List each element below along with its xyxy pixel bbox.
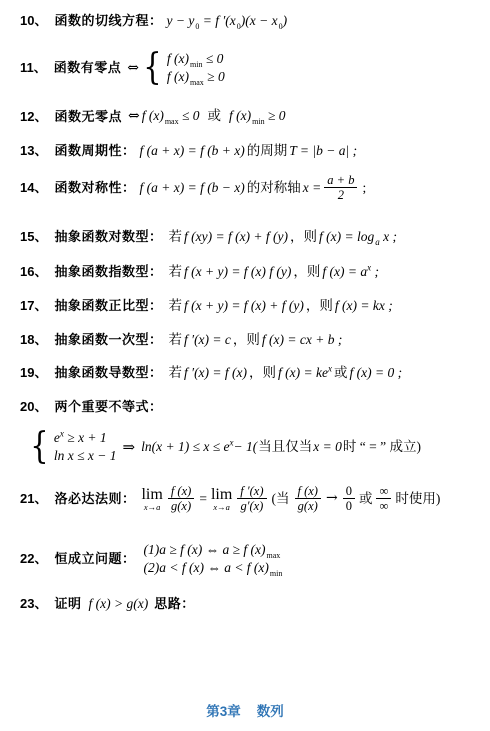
math-text: y − y bbox=[166, 13, 194, 28]
item-20-title: 两个重要不等式： bbox=[54, 399, 162, 415]
math-text: f (x) = ke bbox=[278, 365, 328, 380]
math-text: f (x) = log bbox=[319, 229, 374, 244]
math-text: (2)a < f (x) ⇔ a < f (x) bbox=[143, 560, 268, 575]
chapter-title: 数列 bbox=[257, 700, 284, 720]
cn-if: 若 bbox=[168, 365, 182, 381]
fraction-numerator: f (x) bbox=[295, 484, 321, 499]
case-row: (2)a < f (x) ⇔ a < f (x)min bbox=[143, 559, 282, 577]
item-12-number: 12、 bbox=[20, 109, 47, 125]
item-11-title: 函数有零点 bbox=[54, 60, 122, 76]
math-text: f (x) bbox=[167, 69, 189, 84]
math-text: f (x) bbox=[167, 51, 189, 66]
item-18-title: 抽象函数一次型： bbox=[54, 332, 162, 348]
cn-then: ，则 bbox=[306, 298, 333, 314]
math-text: = f ′(x bbox=[199, 13, 235, 28]
formula-sheet-page: 10、 函数的切线方程： y − y0 = f ′(x0)(x − x0) 11… bbox=[0, 0, 490, 731]
fraction: f ′(x)g′(x) bbox=[237, 484, 266, 514]
superscript: x bbox=[328, 364, 332, 374]
math-text: ≥ 0 bbox=[265, 108, 286, 123]
cn-then: ，则 bbox=[249, 365, 276, 381]
cn-if: 若 bbox=[168, 264, 182, 280]
chapter-number: 第3章 bbox=[206, 700, 241, 720]
math-text: f ′(x) = f (x) bbox=[184, 365, 247, 381]
math-text: ≤ 0 bbox=[202, 51, 223, 66]
cn-or: 或 bbox=[359, 491, 373, 507]
fraction: f (x)g(x) bbox=[168, 484, 194, 514]
cn-then: ，则 bbox=[233, 332, 260, 348]
math-text: f (x) bbox=[142, 108, 164, 123]
formula-item-19: 19、 抽象函数导数型： 若 f ′(x) = f (x) ，则 f (x) =… bbox=[20, 365, 402, 381]
math-text: f (x) = 0 ; bbox=[349, 365, 402, 381]
case-row: f (x)max ≥ 0 bbox=[167, 68, 225, 86]
math-text: ≤ 0 bbox=[179, 108, 200, 123]
item-10-formula: y − y0 = f ′(x0)(x − x0) bbox=[166, 13, 287, 29]
formula-item-15: 15、 抽象函数对数型： 若 f (xy) = f (x) + f (y) ，则… bbox=[20, 229, 397, 245]
semicolon: ; bbox=[362, 180, 366, 196]
item-15-title: 抽象函数对数型： bbox=[54, 229, 162, 245]
fraction: ∞∞ bbox=[376, 484, 391, 514]
formula-item-14: 14、 函数对称性： f (a + x) = f (b − x) 的对称轴 x … bbox=[20, 173, 368, 203]
case-row: ln x ≤ x − 1 bbox=[54, 447, 117, 465]
formula-item-23: 23、 证明 f (x) > g(x) 思路： bbox=[20, 596, 199, 612]
case-rows: ex ≥ x + 1 ln x ≤ x − 1 bbox=[54, 429, 117, 465]
item-12-title: 函数无零点 bbox=[54, 109, 122, 125]
item-16-title: 抽象函数指数型： bbox=[54, 264, 162, 280]
item-22-number: 22、 bbox=[20, 551, 47, 567]
cn-text: (当 bbox=[272, 491, 290, 507]
item-19-title: 抽象函数导数型： bbox=[54, 365, 162, 381]
math-text: f (x) bbox=[229, 108, 251, 123]
item-17-number: 17、 bbox=[20, 298, 47, 314]
item-16-number: 16、 bbox=[20, 264, 47, 280]
item-22-title: 恒成立问题： bbox=[54, 551, 135, 567]
math-text: f (x) = a bbox=[322, 264, 367, 279]
cn-text: 时使用) bbox=[395, 491, 440, 507]
formula-item-13: 13、 函数周期性： f (a + x) = f (b + x) 的周期 T =… bbox=[20, 143, 357, 159]
math-text: ; bbox=[371, 264, 379, 279]
lim-word: lim bbox=[141, 487, 162, 503]
subscript: max bbox=[190, 78, 204, 87]
item-19-number: 19、 bbox=[20, 365, 47, 381]
math-text: f (x) = kex bbox=[278, 365, 332, 381]
math-text: f (x) > g(x) bbox=[88, 596, 148, 612]
math-text: x = 0 bbox=[313, 439, 342, 455]
inequality-system: { ex ≥ x + 1 ln x ≤ x − 1 ⇒ ln(x + 1) ≤ … bbox=[28, 429, 422, 465]
item-17-title: 抽象函数正比型： bbox=[54, 298, 162, 314]
formula-item-20: 20、 两个重要不等式： bbox=[20, 399, 166, 415]
fraction-denominator: ∞ bbox=[376, 499, 391, 513]
cn-or: 或 bbox=[208, 108, 222, 124]
math-text: ln(x + 1) ≤ x ≤ e bbox=[141, 439, 229, 454]
cn-if: 若 bbox=[168, 229, 182, 245]
cn-text: 时 “ = ” 成立) bbox=[343, 439, 421, 455]
math-text: f (x + y) = f (x) f (y) bbox=[184, 264, 291, 280]
fraction-denominator: 0 bbox=[343, 499, 355, 513]
cn-or: 或 bbox=[334, 365, 348, 381]
formula-item-22: 22、 恒成立问题： (1)a ≥ f (x) ⇔ a ≥ f (x)max (… bbox=[20, 541, 282, 577]
fraction: a + b2 bbox=[324, 173, 357, 203]
left-brace: { bbox=[143, 52, 161, 84]
formula-item-17: 17、 抽象函数正比型： 若 f (x + y) = f (x) + f (y)… bbox=[20, 298, 393, 314]
case-rows: f (x)min ≤ 0 f (x)max ≥ 0 bbox=[167, 50, 225, 86]
iff-symbol: ⇔ bbox=[128, 108, 140, 125]
case-row: ex ≥ x + 1 bbox=[54, 429, 107, 447]
item-23-title-b: 思路： bbox=[154, 596, 195, 612]
cn-text: 的对称轴 bbox=[247, 180, 301, 196]
fraction-numerator: ∞ bbox=[376, 484, 391, 499]
item-20-number: 20、 bbox=[20, 399, 47, 415]
math-text: f (x) = cx + b ; bbox=[262, 332, 342, 348]
conclusion: ln(x + 1) ≤ x ≤ ex− 1( bbox=[141, 439, 257, 455]
case-row: (1)a ≥ f (x) ⇔ a ≥ f (x)max bbox=[143, 541, 280, 559]
fraction-denominator: g′(x) bbox=[237, 499, 266, 513]
formula-item-18: 18、 抽象函数一次型： 若 f ′(x) = c ，则 f (x) = cx … bbox=[20, 332, 342, 348]
equals: = bbox=[199, 491, 207, 507]
math-text: f (x + y) = f (x) + f (y) bbox=[184, 298, 304, 314]
item-21-number: 21、 bbox=[20, 491, 47, 507]
cn-if: 若 bbox=[168, 332, 182, 348]
math-text: f (x) = ax ; bbox=[322, 264, 379, 280]
math-text: T = |b − a| ; bbox=[289, 143, 357, 159]
math-text: − 1( bbox=[234, 439, 258, 454]
math-text: )(x − x bbox=[241, 13, 278, 28]
math-text: f (xy) = f (x) + f (y) bbox=[184, 229, 288, 245]
item-10-number: 10、 bbox=[20, 13, 47, 29]
item-13-title: 函数周期性： bbox=[54, 143, 135, 159]
math-text: x = bbox=[303, 180, 321, 196]
item-14-title: 函数对称性： bbox=[54, 180, 135, 196]
fraction-denominator: g(x) bbox=[295, 499, 321, 513]
case-row: f (x)min ≤ 0 bbox=[167, 50, 223, 68]
item-12-formula-b: f (x)min ≥ 0 bbox=[229, 108, 285, 124]
math-text: f ′(x) = c bbox=[184, 332, 231, 348]
fraction-numerator: f (x) bbox=[168, 484, 194, 499]
cn-text: 当且仅当 bbox=[258, 439, 312, 455]
fraction: f (x)g(x) bbox=[295, 484, 321, 514]
lim-subscript: x→a bbox=[144, 503, 161, 512]
math-text: ) bbox=[283, 13, 288, 28]
math-text: f (x) = loga x ; bbox=[319, 229, 397, 245]
item-15-number: 15、 bbox=[20, 229, 47, 245]
item-11-number: 11、 bbox=[20, 60, 47, 76]
limit: limx→a bbox=[141, 487, 162, 512]
subscript: max bbox=[165, 117, 179, 126]
item-18-number: 18、 bbox=[20, 332, 47, 348]
to-arrow: → bbox=[326, 490, 338, 507]
item-14-number: 14、 bbox=[20, 180, 47, 196]
item-13-number: 13、 bbox=[20, 143, 47, 159]
item-23-number: 23、 bbox=[20, 596, 47, 612]
implies-symbol: ⇒ bbox=[123, 438, 136, 456]
fraction-numerator: a + b bbox=[324, 173, 357, 188]
cn-then: ，则 bbox=[293, 264, 320, 280]
math-text: ≥ x + 1 bbox=[64, 430, 107, 445]
approach-2 bbox=[14, 665, 24, 681]
fraction-numerator: 0 bbox=[343, 484, 355, 499]
left-brace: { bbox=[30, 431, 48, 463]
subscript: min bbox=[252, 117, 264, 126]
math-text bbox=[18, 665, 20, 681]
iff-symbol: ⇔ bbox=[127, 60, 139, 77]
item-23-title-a: 证明 bbox=[54, 596, 81, 612]
formula-item-21: 21、 洛必达法则： limx→a f (x)g(x) = limx→a f ′… bbox=[20, 484, 441, 514]
case-rows: (1)a ≥ f (x) ⇔ a ≥ f (x)max (2)a < f (x)… bbox=[143, 541, 282, 577]
lim-subscript: x→a bbox=[213, 503, 230, 512]
math-text: f (a + x) = f (b − x) bbox=[139, 180, 244, 196]
formula-item-10: 10、 函数的切线方程： y − y0 = f ′(x0)(x − x0) bbox=[20, 13, 287, 29]
lim-word: lim bbox=[211, 487, 232, 503]
limit: limx→a bbox=[211, 487, 232, 512]
cn-then: ，则 bbox=[290, 229, 317, 245]
fraction: 00 bbox=[343, 484, 355, 514]
math-text: f (a + x) = f (b + x) bbox=[139, 143, 244, 159]
chapter-footer: 第3章 数列 bbox=[0, 700, 490, 720]
math-text: (1)a ≥ f (x) ⇔ a ≥ f (x) bbox=[143, 542, 265, 557]
cn-if: 若 bbox=[168, 298, 182, 314]
item-10-title: 函数的切线方程： bbox=[54, 13, 162, 29]
math-text: x ; bbox=[380, 229, 397, 244]
formula-item-11: 11、 函数有零点 ⇔ { f (x)min ≤ 0 f (x)max ≥ 0 bbox=[20, 50, 225, 86]
formula-item-12: 12、 函数无零点 ⇔ f (x)max ≤ 0 或 f (x)min ≥ 0 bbox=[20, 108, 286, 125]
fraction-denominator: g(x) bbox=[168, 499, 194, 513]
item-21-title: 洛必达法则： bbox=[54, 491, 135, 507]
math-text: f (x) = kx ; bbox=[335, 298, 393, 314]
fraction-numerator: f ′(x) bbox=[237, 484, 266, 499]
fraction-denominator: 2 bbox=[335, 188, 347, 202]
math-text: ≥ 0 bbox=[204, 69, 225, 84]
item-12-formula: f (x)max ≤ 0 bbox=[142, 108, 200, 124]
cn-text: 的周期 bbox=[247, 143, 288, 159]
subscript: min bbox=[270, 569, 282, 578]
formula-item-16: 16、 抽象函数指数型： 若 f (x + y) = f (x) f (y) ，… bbox=[20, 264, 379, 280]
